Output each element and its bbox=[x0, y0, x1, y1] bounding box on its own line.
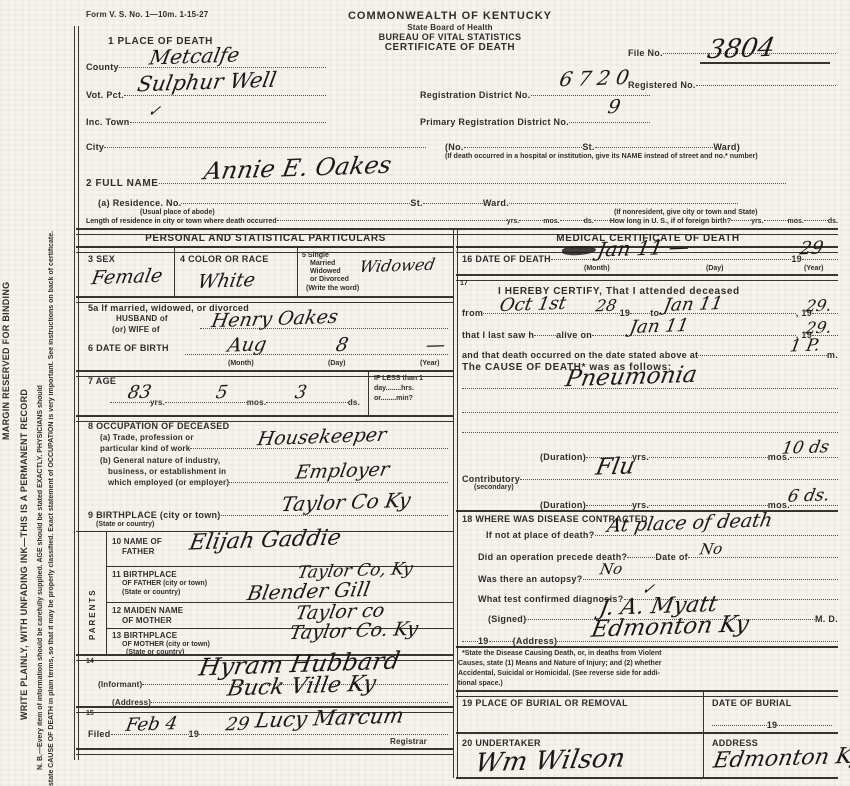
mother-bp-label1: 13 BIRTHPLACE bbox=[112, 631, 177, 640]
alive-on-label: alive on bbox=[556, 330, 592, 340]
marital-line3: Widowed bbox=[310, 268, 341, 275]
date-of-label: Date of bbox=[655, 552, 688, 562]
m-label: m. bbox=[827, 350, 838, 360]
full-name-handwriting: Annie E. Oakes bbox=[202, 153, 393, 183]
form-number: Form V. S. No. 1—10m. 1-15-27 bbox=[86, 10, 208, 19]
address-label: (Address) bbox=[513, 636, 558, 646]
registered-no-row: Registered No. bbox=[628, 80, 836, 90]
length-label: Length of residence in city or town wher… bbox=[86, 218, 277, 225]
dod-month-caption: (Month) bbox=[584, 265, 610, 272]
length-mos: mos. bbox=[543, 218, 559, 225]
father-bp-label3: (State or country) bbox=[122, 589, 180, 596]
duration2-label: (Duration) bbox=[540, 500, 586, 510]
file-no-label: File No. bbox=[628, 48, 663, 58]
length-ds: ds. bbox=[584, 218, 594, 225]
registrar-caption: Registrar bbox=[390, 737, 427, 746]
from-label: from bbox=[462, 308, 483, 318]
wife-of-label: (or) WIFE of bbox=[112, 325, 160, 334]
duration1-handwriting: 10 ds bbox=[780, 439, 830, 458]
age-ds-label: ds. bbox=[348, 398, 360, 407]
file-no-handwriting: 3804 bbox=[705, 35, 776, 63]
header-board: State Board of Health bbox=[310, 23, 590, 32]
addr-19-printed: 19 bbox=[478, 636, 489, 646]
occ-a-line1: (a) Trade, profession or bbox=[100, 433, 194, 442]
dod-year-handwriting: 29 bbox=[798, 240, 824, 259]
length-yrs: yrs. bbox=[507, 218, 519, 225]
occ-a-handwriting: Housekeeper bbox=[256, 426, 388, 449]
dod-label: 16 DATE OF DEATH bbox=[462, 254, 551, 264]
dob-month-caption: (Month) bbox=[228, 360, 254, 367]
death-at-label: and that death occurred on the date stat… bbox=[462, 350, 698, 360]
foreign-mos: mos. bbox=[788, 218, 804, 225]
to-year-handwriting: 29. bbox=[804, 298, 832, 315]
duration1-label: (Duration) bbox=[540, 452, 586, 462]
from-handwriting: Oct 1st bbox=[498, 295, 567, 315]
age-yrs-label: yrs. bbox=[150, 398, 165, 407]
nonresident-note: (If nonresident, give city or town and S… bbox=[614, 209, 758, 216]
color-race-label: 4 COLOR OR RACE bbox=[180, 254, 269, 264]
contributory-row: Contributory bbox=[462, 474, 838, 484]
undertaker-bottom-rule bbox=[456, 777, 838, 779]
dod-day-caption: (Day) bbox=[706, 265, 724, 272]
birthplace-handwriting: Taylor Co Ky bbox=[280, 490, 412, 514]
registered-no-label: Registered No. bbox=[628, 80, 696, 90]
autopsy-label: Was there an autopsy? bbox=[478, 574, 583, 584]
reg-district-label: Registration District No. bbox=[420, 90, 531, 100]
color-marital-divider bbox=[297, 247, 298, 296]
contributory-label: Contributory bbox=[462, 474, 520, 484]
filed-year-handwriting: 29 bbox=[224, 716, 250, 735]
dob-year-handwriting: — bbox=[424, 336, 447, 356]
father-bp-label2: OF FATHER (city or town) bbox=[122, 580, 207, 587]
cause-line-2 bbox=[462, 414, 838, 415]
no-st-ward-row: (No. St. Ward) bbox=[445, 142, 740, 152]
primary-reg-handwriting: 9 bbox=[606, 98, 622, 117]
margin-binding-text: MARGIN RESERVED FOR BINDING bbox=[1, 80, 11, 440]
secondary-caption: (secondary) bbox=[474, 484, 514, 491]
burial-divider-rule bbox=[456, 732, 838, 734]
age-label: 7 AGE bbox=[88, 376, 116, 386]
vot-pct-handwriting: Sulphur Well bbox=[136, 70, 278, 96]
reg-district-handwriting: 6720 bbox=[558, 67, 637, 90]
from-year-handwriting: 28 bbox=[595, 298, 618, 315]
occ-a-line2: particular kind of work bbox=[100, 444, 190, 453]
filed-label: Filed bbox=[88, 729, 111, 739]
sex-color-divider bbox=[174, 247, 175, 296]
county-handwriting: Metcalfe bbox=[148, 44, 241, 67]
alive-on-handwriting: Jan 11 bbox=[628, 317, 690, 337]
if-less-line3: or........min? bbox=[374, 395, 413, 402]
inc-town-mark: ✓ bbox=[147, 104, 162, 119]
sex-handwriting: Female bbox=[90, 267, 164, 288]
color-race-handwriting: White bbox=[196, 271, 256, 292]
to-handwriting: Jan 11 bbox=[662, 295, 724, 315]
certify-number: 17 bbox=[460, 280, 468, 287]
dob-day-handwriting: 8 bbox=[334, 336, 350, 355]
dob-label: 6 DATE OF BIRTH bbox=[88, 343, 169, 353]
margin-write-plainly-text: WRITE PLAINLY, WITH UNFADING INK—THIS IS… bbox=[19, 60, 29, 720]
full-name-label: 2 FULL NAME bbox=[86, 178, 159, 189]
vot-pct-label: Vot. Pct. bbox=[86, 90, 124, 100]
inc-town-row: Inc. Town bbox=[86, 117, 326, 127]
from-19-printed: 19 bbox=[620, 308, 631, 318]
duration2-yrs: yrs. bbox=[632, 500, 649, 510]
age-mos-label: mos. bbox=[247, 398, 266, 407]
dob-month-handwriting: Aug bbox=[226, 335, 268, 355]
dod-year-caption: (Year) bbox=[804, 265, 823, 272]
footnote-line4: tional space.) bbox=[458, 680, 503, 687]
dob-year-caption: (Year) bbox=[420, 360, 439, 367]
informant-number: 14 bbox=[86, 658, 94, 665]
mother-name-label1: 12 MAIDEN NAME bbox=[112, 606, 183, 615]
occ-b-handwriting: Employer bbox=[294, 460, 391, 482]
mother-name-handwriting: Blender Gill bbox=[246, 579, 372, 603]
contributory-handwriting: Flu bbox=[594, 455, 636, 479]
father-name-handwriting: Elijah Gaddie bbox=[188, 527, 343, 554]
autopsy-handwriting: No bbox=[599, 562, 624, 578]
marital-line1: 5 Single bbox=[302, 252, 329, 259]
age-ifless-divider bbox=[368, 371, 369, 415]
operation-row: Did an operation precede death? Date of bbox=[478, 552, 838, 562]
cause-bottom-rule bbox=[456, 510, 838, 512]
marital-line4: or Divorced bbox=[310, 276, 349, 283]
form-left-border bbox=[74, 26, 79, 760]
death-time-row: and that death occurred on the date stat… bbox=[462, 350, 838, 360]
registrar-handwriting: Lucy Marcum bbox=[254, 705, 406, 731]
no-label: (No. bbox=[445, 142, 464, 152]
husband-of-label: HUSBAND of bbox=[116, 314, 168, 323]
last-saw-label: that I last saw h bbox=[462, 330, 534, 340]
filed-date-handwriting: Feb 4 bbox=[124, 715, 178, 735]
marital-handwriting: Widowed bbox=[358, 257, 436, 276]
if-less-line1: IF LESS than 1 bbox=[374, 375, 423, 382]
death-certificate-scan: MARGIN RESERVED FOR BINDING WRITE PLAINL… bbox=[0, 0, 850, 786]
informant-address-handwriting: Buck Ville Ky bbox=[226, 673, 378, 700]
parents-box-divider bbox=[106, 532, 107, 654]
filed-number: 15 bbox=[86, 710, 94, 717]
footnote-line3: Accidental, Suicidal or Homicidal. (See … bbox=[458, 670, 660, 677]
signed-label: (Signed) bbox=[488, 614, 526, 624]
cause-line-1 bbox=[462, 390, 838, 391]
file-no-strike bbox=[700, 62, 830, 64]
personal-title-underline bbox=[76, 246, 453, 253]
county-label: County bbox=[86, 62, 119, 72]
burial-column-divider bbox=[703, 690, 704, 778]
birthplace-sub-label: (State or country) bbox=[96, 521, 154, 528]
mother-name-label2: OF MOTHER bbox=[122, 616, 172, 625]
foreign-ds: ds. bbox=[828, 218, 838, 225]
duration2-handwriting: 6 ds. bbox=[786, 487, 831, 505]
marital-line2: Married bbox=[310, 260, 335, 267]
occ-b-line3: which employed (or employer) bbox=[108, 478, 229, 487]
residence-row: (a) Residence. No. St. Ward. bbox=[98, 198, 738, 208]
if-less-line2: day........hrs. bbox=[374, 385, 414, 392]
header-bureau: BUREAU OF VITAL STATISTICS bbox=[310, 32, 590, 42]
margin-nb-line2: state CAUSE OF DEATH in plain terms, so … bbox=[48, 10, 55, 786]
occ-b-line1: (b) General nature of industry, bbox=[100, 456, 220, 465]
footnote-line2: Causes, state (1) Means and Nature of In… bbox=[458, 660, 661, 667]
mother-bp-handwriting: Taylor Co. Ky bbox=[288, 620, 420, 643]
if-not-label: If not at place of death? bbox=[486, 530, 595, 540]
cause-line-3 bbox=[462, 434, 838, 435]
father-name-label1: 10 NAME OF bbox=[112, 537, 162, 546]
dod-handwriting: Jan 11 — bbox=[596, 236, 691, 259]
parents-label: PARENTS bbox=[88, 550, 97, 640]
informant-label: (Informant) bbox=[98, 680, 142, 689]
dod-bottom-rule bbox=[456, 274, 838, 281]
burial-19-printed: 19 bbox=[767, 720, 778, 730]
personal-section-title: PERSONAL AND STATISTICAL PARTICULARS bbox=[78, 233, 453, 244]
dob-line bbox=[185, 356, 448, 357]
burial-place-label: 19 PLACE OF BURIAL OR REMOVAL bbox=[462, 698, 628, 708]
occ-b-line3-row: which employed (or employer) bbox=[108, 478, 448, 487]
sex-row-bottom-rule bbox=[76, 296, 453, 303]
father-bp-row-rule bbox=[106, 602, 453, 603]
father-bp-label1: 11 BIRTHPLACE bbox=[112, 570, 177, 579]
spouse-handwriting: Henry Oakes bbox=[210, 308, 340, 331]
primary-reg-label: Primary Registration District No. bbox=[420, 117, 569, 127]
alive-year-handwriting: 29. bbox=[804, 320, 832, 337]
inc-town-label: Inc. Town bbox=[86, 117, 130, 127]
age-yrs-handwriting: 83 bbox=[126, 384, 152, 403]
undertaker-address-handwriting: Edmonton Ky bbox=[712, 745, 850, 772]
burial-top-rule bbox=[456, 690, 838, 697]
autopsy-row: Was there an autopsy? bbox=[478, 574, 838, 584]
foreign-yrs: yrs. bbox=[751, 218, 763, 225]
sex-label: 3 SEX bbox=[88, 254, 115, 264]
abode-note: (Usual place of abode) bbox=[140, 209, 215, 216]
signed-bottom-rule bbox=[456, 646, 838, 648]
md-label: M. D. bbox=[815, 614, 838, 624]
signed-address-handwriting: Edmonton Ky bbox=[589, 613, 750, 641]
ward-label: Ward) bbox=[713, 142, 740, 152]
residence-ward-label: Ward. bbox=[483, 198, 509, 208]
primary-reg-row: Primary Registration District No. bbox=[420, 117, 650, 127]
header-certificate-title: CERTIFICATE OF DEATH bbox=[310, 42, 590, 53]
father-name-label2: FATHER bbox=[122, 547, 155, 556]
footnote-line1: *State the Disease Causing Death, or, in… bbox=[462, 650, 661, 657]
occ-b-line2: business, or establishment in bbox=[108, 467, 226, 476]
operation-handwriting: No bbox=[699, 542, 724, 558]
occupation-label: 8 OCCUPATION OF DECEASED bbox=[88, 421, 229, 431]
filed-19-printed: 19 bbox=[189, 729, 200, 739]
header-commonwealth: COMMONWEALTH OF KENTUCKY bbox=[310, 10, 590, 22]
filed-bottom-rule bbox=[76, 748, 453, 755]
st-label: St. bbox=[582, 142, 594, 152]
mother-bp-label2: OF MOTHER (city or town) bbox=[122, 641, 210, 648]
burial-date-line: 19 bbox=[712, 720, 832, 730]
burial-date-label: DATE OF BURIAL bbox=[712, 698, 792, 708]
residence-label: (a) Residence. No. bbox=[98, 198, 181, 208]
undertaker-handwriting: Wm Wilson bbox=[473, 745, 627, 776]
hospital-note: (If death occurred in a hospital or inst… bbox=[445, 153, 758, 160]
margin-nb-line1: N. B.—Every item of information should b… bbox=[37, 30, 44, 770]
foreign-label: How long in U. S., if of foreign birth? bbox=[610, 218, 731, 225]
birthplace-label: 9 BIRTHPLACE (city or town) bbox=[88, 510, 221, 520]
residence-st-label: St. bbox=[410, 198, 422, 208]
length-of-residence-row: Length of residence in city or town wher… bbox=[86, 218, 838, 225]
full-name-row: 2 FULL NAME bbox=[86, 178, 786, 189]
city-label: City bbox=[86, 142, 104, 152]
marital-line5: (Write the word) bbox=[306, 285, 359, 292]
death-time-handwriting: 1 P. bbox=[788, 337, 821, 355]
dob-day-caption: (Day) bbox=[328, 360, 346, 367]
